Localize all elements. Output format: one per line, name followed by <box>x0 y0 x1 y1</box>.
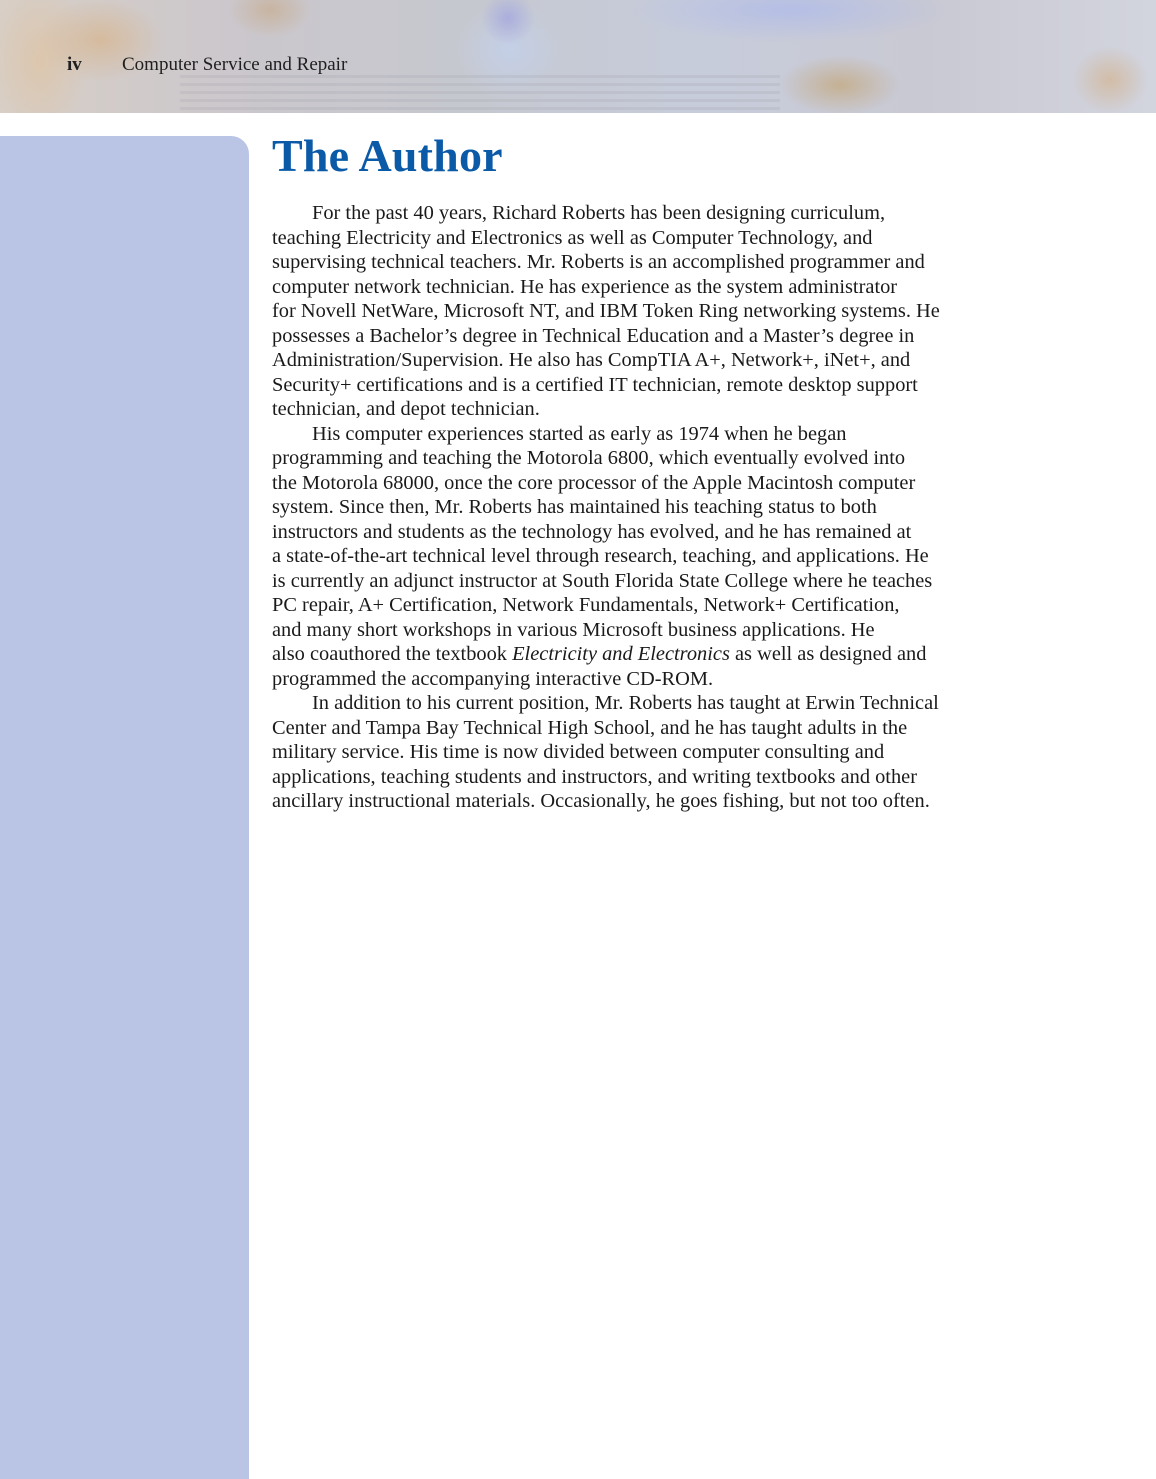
text-line: programmed the accompanying interactive … <box>272 667 1032 692</box>
text-line: programming and teaching the Motorola 68… <box>272 446 1032 471</box>
book-title: Computer Service and Repair <box>122 54 347 75</box>
text-line: For the past 40 years, Richard Roberts h… <box>272 201 1032 226</box>
bio-paragraph-3: In addition to his current position, Mr.… <box>272 691 1032 814</box>
text-line: the Motorola 68000, once the core proces… <box>272 471 1032 496</box>
running-head: ivComputer Service and Repair <box>67 54 347 76</box>
text-line: computer network technician. He has expe… <box>272 275 1032 300</box>
author-bio: For the past 40 years, Richard Roberts h… <box>272 201 1032 814</box>
text-line: instructors and students as the technolo… <box>272 520 1032 545</box>
text-line-with-book-title: also coauthored the textbook Electricity… <box>272 642 1032 667</box>
text-line: supervising technical teachers. Mr. Robe… <box>272 250 1032 275</box>
text-line: and many short workshops in various Micr… <box>272 618 1032 643</box>
text-line: His computer experiences started as earl… <box>272 422 1032 447</box>
text-line: is currently an adjunct instructor at So… <box>272 569 1032 594</box>
text-line: Administration/Supervision. He also has … <box>272 348 1032 373</box>
text-line: ancillary instructional materials. Occas… <box>272 789 1032 814</box>
left-margin-sidebar <box>0 136 249 1479</box>
text-line: military service. His time is now divide… <box>272 740 1032 765</box>
text-line: for Novell NetWare, Microsoft NT, and IB… <box>272 299 1032 324</box>
text-line: a state-of-the-art technical level throu… <box>272 544 1032 569</box>
text-line: PC repair, A+ Certification, Network Fun… <box>272 593 1032 618</box>
book-title-italic: Electricity and Electronics <box>512 643 730 665</box>
text-line: applications, teaching students and inst… <box>272 765 1032 790</box>
text-line: Security+ certifications and is a certif… <box>272 373 1032 398</box>
page-number: iv <box>67 54 122 76</box>
bio-paragraph-1: For the past 40 years, Richard Roberts h… <box>272 201 1032 422</box>
text-line: possesses a Bachelor’s degree in Technic… <box>272 324 1032 349</box>
text-line: system. Since then, Mr. Roberts has main… <box>272 495 1032 520</box>
text-line: Center and Tampa Bay Technical High Scho… <box>272 716 1032 741</box>
main-content: The Author For the past 40 years, Richar… <box>272 128 1032 814</box>
text-line: teaching Electricity and Electronics as … <box>272 226 1032 251</box>
page-title: The Author <box>272 128 1032 184</box>
text-line: In addition to his current position, Mr.… <box>272 691 1032 716</box>
bio-paragraph-2: His computer experiences started as earl… <box>272 422 1032 692</box>
text-line: technician, and depot technician. <box>272 397 1032 422</box>
